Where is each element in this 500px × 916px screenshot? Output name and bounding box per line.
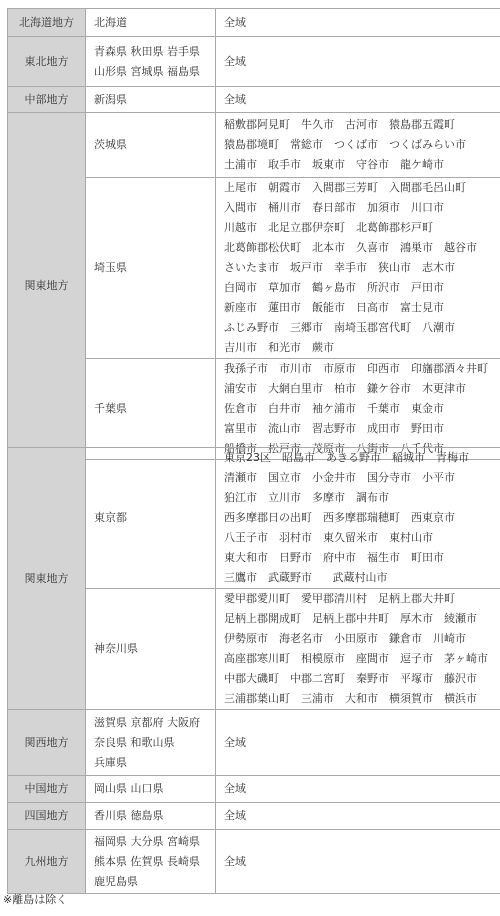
municipality-line: 土浦市 取手市 坂東市 守谷市 龍ケ崎市 <box>224 155 499 175</box>
municipality-line: 佐倉市 白井市 袖ケ浦市 千葉市 東金市 <box>224 399 499 419</box>
area-cell: 我孫子市 市川市 市原市 印西市 印旛郡酒々井町 浦安市 大網白里市 柏市 鎌ケ… <box>216 359 500 460</box>
region-cell: 九州地方 <box>8 830 86 894</box>
region-cell: 中国地方 <box>8 776 86 803</box>
municipality-line: 伊勢原市 海老名市 小田原市 鎌倉市 川崎市 <box>224 629 499 649</box>
municipality-line: 吉川市 和光市 蕨市 <box>224 338 499 358</box>
region-cell: 四国地方 <box>8 803 86 830</box>
footnote: ※離島は除く <box>3 891 67 907</box>
region-cell: 関東地方 <box>8 113 86 460</box>
municipality-line: 清瀬市 国立市 小金井市 国分寺市 小平市 <box>224 468 499 488</box>
prefecture-line: 鹿児島県 <box>94 872 207 892</box>
municipality-line: 我孫子市 市川市 市原市 印西市 印旛郡酒々井町 <box>224 359 499 379</box>
prefecture-cell: 滋賀県 京都府 大阪府 奈良県 和歌山県 兵庫県 <box>86 710 216 776</box>
table-row: 関西地方 滋賀県 京都府 大阪府 奈良県 和歌山県 兵庫県 全域 <box>8 710 500 776</box>
municipality-line: 猿島郡境町 常総市 つくば市 つくばみらい市 <box>224 135 499 155</box>
municipality-line: 狛江市 立川市 多摩市 調布市 <box>224 488 499 508</box>
municipality-line: 入間市 桶川市 春日部市 加須市 川口市 <box>224 198 499 218</box>
area-cell: 全域 <box>216 803 500 830</box>
area-cell: 全域 <box>216 830 500 894</box>
municipality-line: 愛甲郡愛川町 愛甲郡清川村 足柄上郡大井町 <box>224 589 499 609</box>
area-cell: 稲敷郡阿見町 牛久市 古河市 猿島郡五霞町 猿島郡境町 常総市 つくば市 つくば… <box>216 113 500 178</box>
prefecture-cell: 茨城県 <box>86 113 216 178</box>
prefecture-line: 滋賀県 京都府 大阪府 <box>94 713 207 733</box>
prefecture-line: 兵庫県 <box>94 753 207 773</box>
municipality-line: 富里市 流山市 習志野市 成田市 野田市 <box>224 419 499 439</box>
prefecture-cell: 香川県 徳島県 <box>86 803 216 830</box>
table-row: 東北地方 青森県 秋田県 岩手県 山形県 宮城県 福島県 全域 <box>8 37 500 87</box>
area-cell: 愛甲郡愛川町 愛甲郡清川村 足柄上郡大井町 足柄上郡開成町 足柄上郡中井町 厚木… <box>216 589 500 710</box>
prefecture-line: 熊本県 佐賀県 長崎県 <box>94 852 207 872</box>
prefecture-cell: 東京都 <box>86 448 216 589</box>
area-cell: 全域 <box>216 776 500 803</box>
area-cell: 全域 <box>216 9 500 37</box>
prefecture-cell: 神奈川県 <box>86 589 216 710</box>
table-row: 中部地方 新潟県 全域 <box>8 87 500 113</box>
municipality-line: 白岡市 草加市 鶴ヶ島市 所沢市 戸田市 <box>224 278 499 298</box>
area-cell: 全域 <box>216 87 500 113</box>
region-cell: 関東地方 <box>8 448 86 710</box>
area-cell: 全域 <box>216 710 500 776</box>
municipality-line: 浦安市 大網白里市 柏市 鎌ケ谷市 木更津市 <box>224 379 499 399</box>
prefecture-cell: 埼玉県 <box>86 178 216 359</box>
municipality-line: ふじみ野市 三郷市 南埼玉郡宮代町 八潮市 <box>224 318 499 338</box>
table-row: 四国地方 香川県 徳島県 全域 <box>8 803 500 830</box>
prefecture-line: 奈良県 和歌山県 <box>94 733 207 753</box>
service-area-table-2: 関東地方 東京都 東京23区 昭島市 あきる野市 稲城市 青梅市 清瀬市 国立市… <box>7 447 500 894</box>
area-cell: 全域 <box>216 37 500 87</box>
municipality-line: 稲敷郡阿見町 牛久市 古河市 猿島郡五霞町 <box>224 115 499 135</box>
region-cell: 北海道地方 <box>8 9 86 37</box>
prefecture-cell: 千葉県 <box>86 359 216 460</box>
municipality-line: 西多摩郡日の出町 西多摩郡瑞穂町 西東京市 <box>224 508 499 528</box>
municipality-line: 東大和市 日野市 府中市 福生市 町田市 <box>224 548 499 568</box>
municipality-line: 三浦郡葉山町 三浦市 大和市 横須賀市 横浜市 <box>224 689 499 709</box>
prefecture-cell: 岡山県 山口県 <box>86 776 216 803</box>
table-row: 九州地方 福岡県 大分県 宮崎県 熊本県 佐賀県 長崎県 鹿児島県 全域 <box>8 830 500 894</box>
municipality-line: 川越市 北足立郡伊奈町 北葛飾郡杉戸町 <box>224 218 499 238</box>
municipality-line: 足柄上郡開成町 足柄上郡中井町 厚木市 綾瀬市 <box>224 609 499 629</box>
municipality-line: 新座市 蓮田市 飯能市 日高市 富士見市 <box>224 298 499 318</box>
region-cell: 東北地方 <box>8 37 86 87</box>
municipality-line: 高座郡寒川町 相模原市 座間市 逗子市 茅ヶ崎市 <box>224 649 499 669</box>
prefecture-line: 山形県 宮城県 福島県 <box>94 62 207 82</box>
municipality-line: 東京23区 昭島市 あきる野市 稲城市 青梅市 <box>224 448 499 468</box>
area-cell: 東京23区 昭島市 あきる野市 稲城市 青梅市 清瀬市 国立市 小金井市 国分寺… <box>216 448 500 589</box>
table-row: 中国地方 岡山県 山口県 全域 <box>8 776 500 803</box>
region-cell: 中部地方 <box>8 87 86 113</box>
municipality-line: 中郡大磯町 中郡二宮町 秦野市 平塚市 藤沢市 <box>224 669 499 689</box>
prefecture-cell: 福岡県 大分県 宮崎県 熊本県 佐賀県 長崎県 鹿児島県 <box>86 830 216 894</box>
area-cell: 上尾市 朝霞市 入間郡三芳町 入間郡毛呂山町 入間市 桶川市 春日部市 加須市 … <box>216 178 500 359</box>
table-row: 関東地方 東京都 東京23区 昭島市 あきる野市 稲城市 青梅市 清瀬市 国立市… <box>8 448 500 589</box>
municipality-line: 八王子市 羽村市 東久留米市 東村山市 <box>224 528 499 548</box>
region-cell: 関西地方 <box>8 710 86 776</box>
table-row: 関東地方 茨城県 稲敷郡阿見町 牛久市 古河市 猿島郡五霞町 猿島郡境町 常総市… <box>8 113 500 178</box>
prefecture-line: 福岡県 大分県 宮崎県 <box>94 832 207 852</box>
prefecture-cell: 青森県 秋田県 岩手県 山形県 宮城県 福島県 <box>86 37 216 87</box>
municipality-line: 三鷹市 武蔵野市 武蔵村山市 <box>224 568 499 588</box>
municipality-line: さいたま市 坂戸市 幸手市 狭山市 志木市 <box>224 258 499 278</box>
prefecture-cell: 新潟県 <box>86 87 216 113</box>
prefecture-cell: 北海道 <box>86 9 216 37</box>
municipality-line: 上尾市 朝霞市 入間郡三芳町 入間郡毛呂山町 <box>224 178 499 198</box>
service-area-table-1: 北海道地方 北海道 全域 東北地方 青森県 秋田県 岩手県 山形県 宮城県 福島… <box>7 8 500 460</box>
table-row: 北海道地方 北海道 全域 <box>8 9 500 37</box>
municipality-line: 北葛飾郡松伏町 北本市 久喜市 鴻巣市 越谷市 <box>224 238 499 258</box>
prefecture-line: 青森県 秋田県 岩手県 <box>94 42 207 62</box>
